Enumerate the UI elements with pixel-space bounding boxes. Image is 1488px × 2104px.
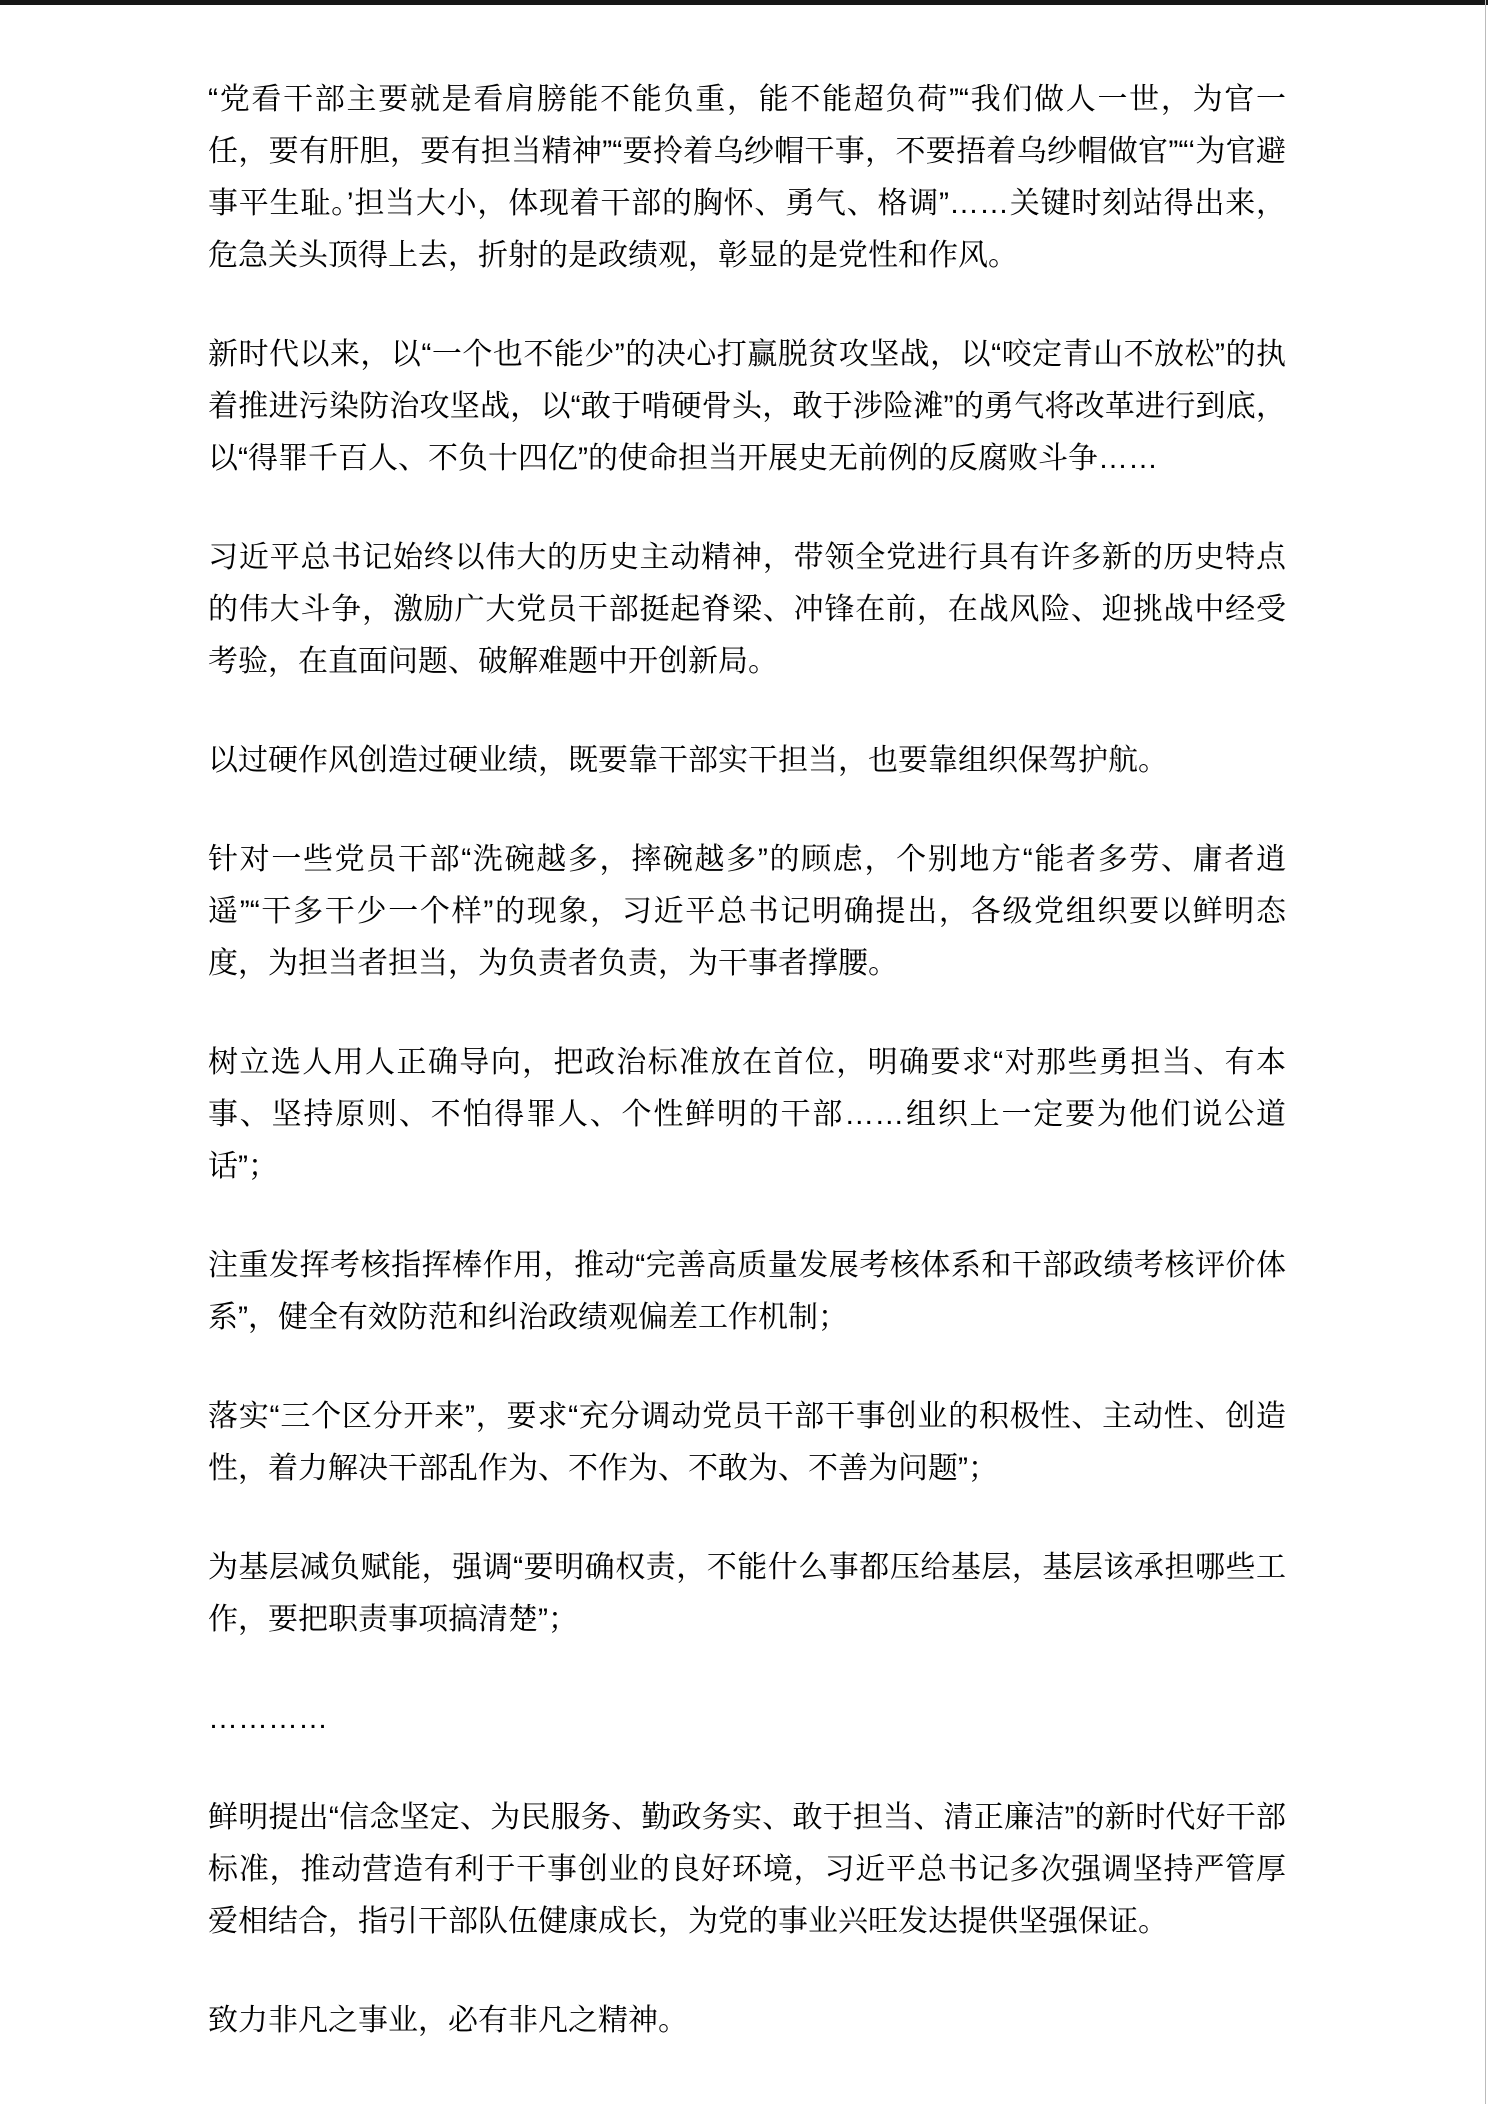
article-paragraph: 新时代以来，以“一个也不能少”的决心打赢脱贫攻坚战，以“咬定青山不放松”的执着推… [208,329,1286,485]
page-right-edge [1485,0,1486,2104]
document-page: “党看干部主要就是看肩膀能不能负重，能不能超负荷”“我们做人一世，为官一任，要有… [208,74,1286,2047]
article-paragraph: 鲜明提出“信念坚定、为民服务、勤政务实、敢于担当、清正廉洁”的新时代好干部标准，… [208,1792,1286,1948]
article-paragraph: 致力非凡之事业，必有非凡之精神。 [208,1995,1286,2047]
article-paragraph: 落实“三个区分开来”，要求“充分调动党员干部干事创业的积极性、主动性、创造性，着… [208,1391,1286,1495]
article-paragraph: 为基层减负赋能，强调“要明确权责，不能什么事都压给基层，基层该承担哪些工作，要把… [208,1542,1286,1646]
article-paragraph: 以过硬作风创造过硬业绩，既要靠干部实干担当，也要靠组织保驾护航。 [208,735,1286,787]
article-paragraph: 习近平总书记始终以伟大的历史主动精神，带领全党进行具有许多新的历史特点的伟大斗争… [208,532,1286,688]
ellipsis-paragraph: ………… [208,1693,1286,1745]
article-paragraph: “党看干部主要就是看肩膀能不能负重，能不能超负荷”“我们做人一世，为官一任，要有… [208,74,1286,282]
article-paragraph: 树立选人用人正确导向，把政治标准放在首位，明确要求“对那些勇担当、有本事、坚持原… [208,1037,1286,1193]
article-paragraph: 针对一些党员干部“洗碗越多，摔碗越多”的顾虑，个别地方“能者多劳、庸者逍遥”“干… [208,834,1286,990]
article-paragraph: 注重发挥考核指挥棒作用，推动“完善高质量发展考核体系和干部政绩考核评价体系”，健… [208,1240,1286,1344]
page-top-edge [0,0,1488,5]
